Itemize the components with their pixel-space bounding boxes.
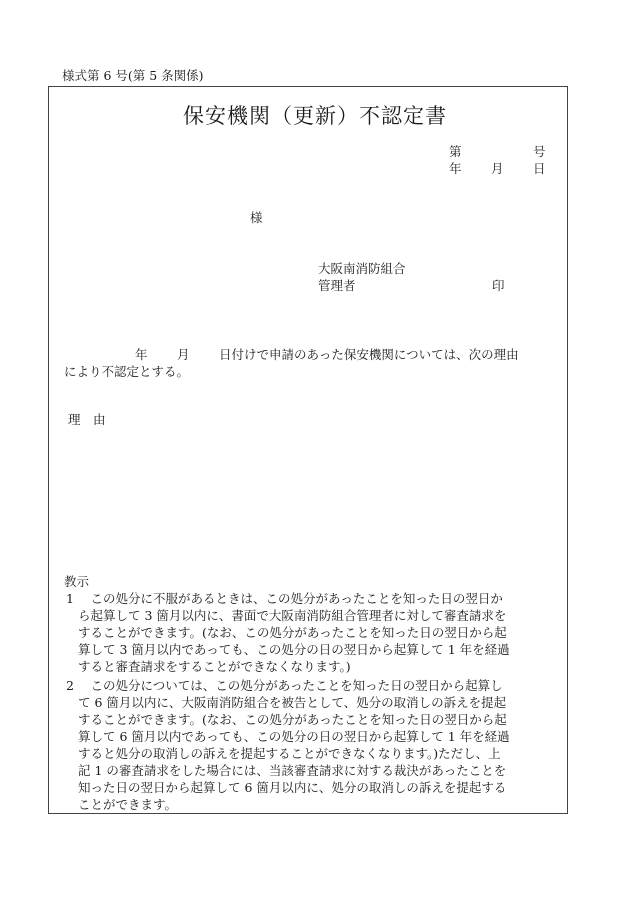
instruction-item-2-line: 記 1 の審査請求をした場合には、当該審査請求に対する裁決があったことを xyxy=(78,762,506,779)
statement-line2: により不認定とする。 xyxy=(64,363,189,380)
instruction-item-2-line: て 6 箇月以内に、大阪南消防組合を被告として、処分の取消しの訴えを提起 xyxy=(78,694,506,711)
issue-date-month: 月 xyxy=(491,160,504,177)
instruction-item-2-number: 2 xyxy=(66,677,74,694)
instruction-item-2-line: 知った日の翌日から起算して 6 箇月以内に、処分の取消しの訴えを提起する xyxy=(78,779,506,796)
issuer-title: 管理者 xyxy=(318,277,356,294)
reason-label: 理 由 xyxy=(68,411,106,428)
document-number-suffix: 号 xyxy=(533,143,546,160)
instruction-item-1-line: ら起算して 3 箇月以内に、書面で大阪南消防組合管理者に対して審査請求を xyxy=(78,607,506,624)
statement-year: 年 xyxy=(135,346,148,363)
document-number-prefix: 第 xyxy=(449,143,462,160)
instruction-item-1-line: 算して 3 箇月以内であっても、この処分の日の翌日から起算して 1 年を経過 xyxy=(78,641,510,658)
instruction-item-1-number: 1 xyxy=(66,590,74,607)
statement-line1: 日付けで申請のあった保安機関については、次の理由 xyxy=(219,346,519,363)
issue-date-year: 年 xyxy=(449,160,462,177)
document-title: 保安機関（更新）不認定書 xyxy=(0,100,630,130)
instruction-item-2-line: すると処分の取消しの訴えを提起することができなくなります。)ただし、上 xyxy=(78,745,501,762)
issuer-organization: 大阪南消防組合 xyxy=(318,260,406,277)
instruction-item-2-line: 算して 6 箇月以内であっても、この処分の日の翌日から起算して 1 年を経過 xyxy=(78,728,510,745)
instruction-item-1-line: すると審査請求をすることができなくなります。) xyxy=(78,658,351,675)
form-number-label: 様式第 6 号(第 5 条関係) xyxy=(62,66,204,84)
instruction-heading: 教示 xyxy=(64,573,89,590)
instruction-item-1-line: することができます。(なお、この処分があったことを知った日の翌日から起 xyxy=(78,624,507,641)
instruction-item-1-line: この処分に不服があるときは、この処分があったことを知った日の翌日か xyxy=(78,590,503,607)
instruction-item-2-line: することができます。(なお、この処分があったことを知った日の翌日から起 xyxy=(78,711,507,728)
instruction-item-2-line: この処分については、この処分があったことを知った日の翌日から起算し xyxy=(78,677,503,694)
addressee-honorific: 様 xyxy=(250,209,263,226)
statement-month: 月 xyxy=(177,346,190,363)
seal-mark: 印 xyxy=(492,277,505,294)
issue-date-day: 日 xyxy=(533,160,546,177)
instruction-item-2-line: ことができます。 xyxy=(78,796,177,813)
